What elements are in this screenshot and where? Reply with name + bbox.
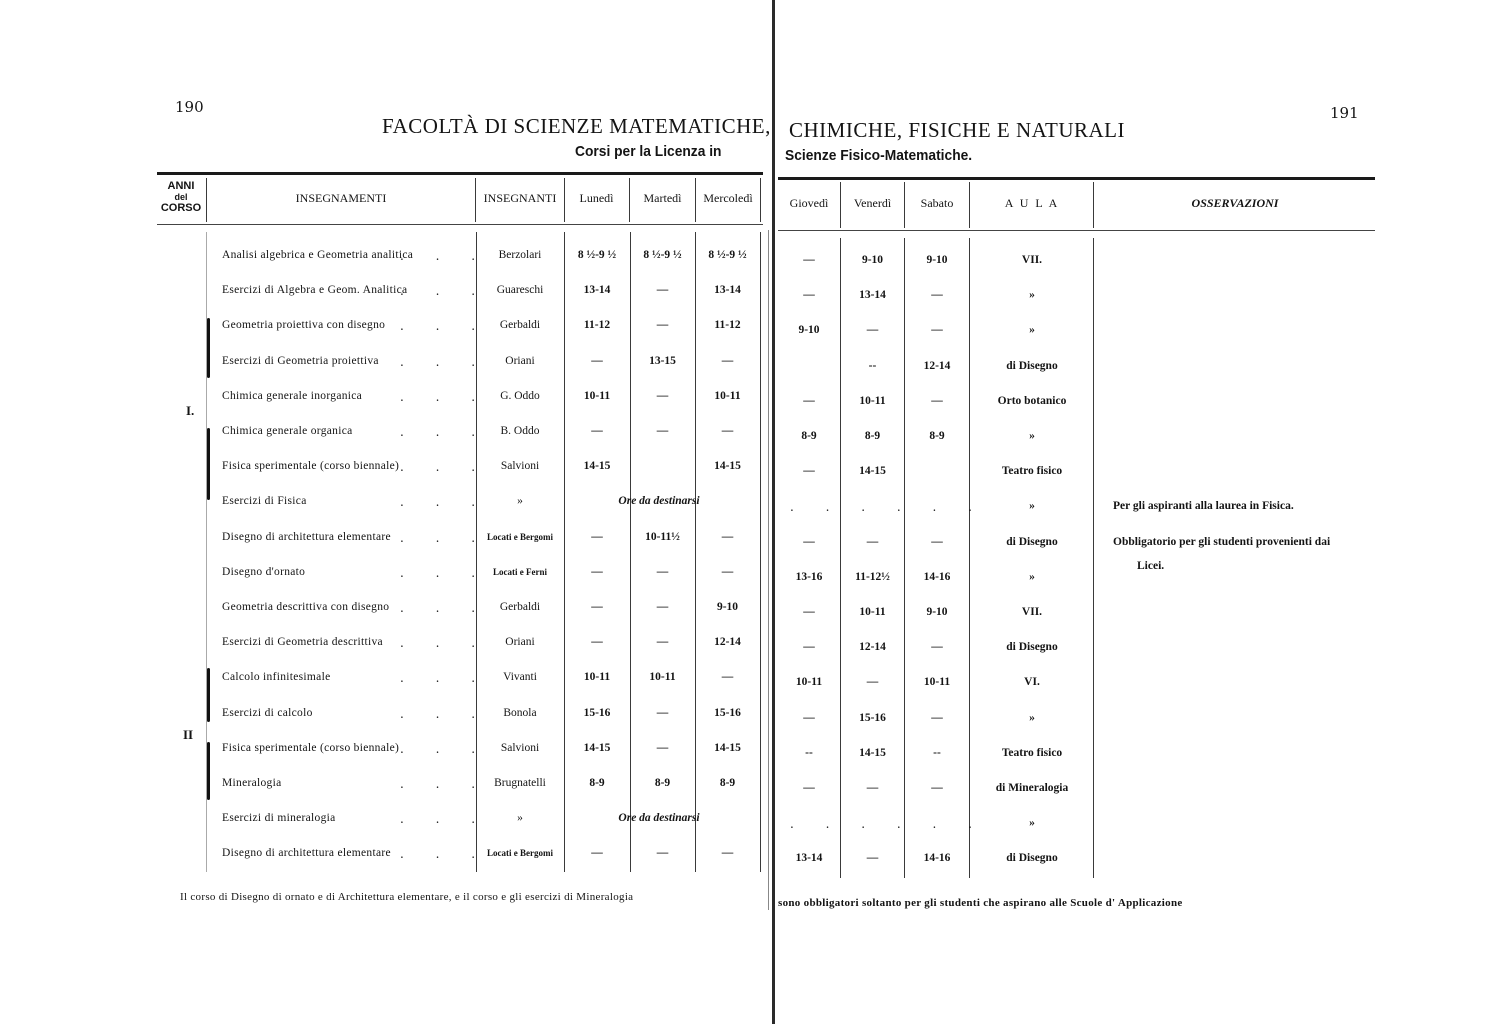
teacher-name: G. Oddo xyxy=(476,390,564,402)
subject-name: Esercizi di Geometria proiettiva xyxy=(222,355,379,367)
header-mercoledi: Mercoledì xyxy=(696,191,760,206)
aula-cell: di Disegno xyxy=(970,641,1094,653)
header-giovedi: Giovedì xyxy=(778,196,840,211)
hours-cell-sab: 9-10 xyxy=(905,606,969,618)
teacher-name: Brugnatelli xyxy=(476,777,564,789)
subject-name: Mineralogia xyxy=(222,777,282,789)
header-martedi: Martedì xyxy=(630,191,695,206)
hours-cell-gio: — xyxy=(778,606,840,618)
subject-name: Geometria proiettiva con disegno xyxy=(222,319,385,331)
hours-to-be-determined: Ore da destinarsi xyxy=(564,495,754,507)
hours-cell-lun: 10-11 xyxy=(564,671,630,683)
hours-cell-ven: — xyxy=(841,536,904,548)
page-title-left: FACOLTÀ DI SCIENZE MATEMATICHE, xyxy=(382,114,771,139)
subject-name: Disegno d'ornato xyxy=(222,566,305,578)
teacher-name: Vivanti xyxy=(476,671,564,683)
hours-cell-lun: — xyxy=(564,601,630,613)
hours-cell-ven: 8-9 xyxy=(841,430,904,442)
hours-cell-gio: — xyxy=(778,395,840,407)
aula-cell: » xyxy=(970,571,1094,583)
subject-name: Fisica sperimentale (corso biennale) xyxy=(222,742,399,754)
hours-cell-mer: 8 ½-9 ½ xyxy=(695,249,760,261)
footnote-left: Il corso di Disegno di ornato e di Archi… xyxy=(180,891,633,903)
hours-cell-mar: 10-11 xyxy=(630,671,695,683)
hours-cell-mar: — xyxy=(630,319,695,331)
hours-cell-lun: — xyxy=(564,355,630,367)
hours-cell-mar: 8 ½-9 ½ xyxy=(630,249,695,261)
hours-cell-mer: 10-11 xyxy=(695,390,760,402)
aula-cell: » xyxy=(970,817,1094,829)
subject-name: Esercizi di Algebra e Geom. Analitica xyxy=(222,284,407,296)
hours-cell-ven: 10-11 xyxy=(841,395,904,407)
hours-cell-ven: 13-14 xyxy=(841,289,904,301)
hours-cell-ven: 10-11 xyxy=(841,606,904,618)
header-rule-top-left xyxy=(157,172,763,175)
subtitle-right: Scienze Fisico-Matematiche. xyxy=(785,147,972,164)
hours-cell-gio: — xyxy=(778,289,840,301)
hours-cell-mer: — xyxy=(695,566,760,578)
col-divider xyxy=(969,182,970,228)
header-aula: A U L A xyxy=(970,196,1094,211)
hours-cell-mer: 14-15 xyxy=(695,460,760,472)
hours-cell-ven: — xyxy=(841,324,904,336)
subject-name: Calcolo infinitesimale xyxy=(222,671,330,683)
hours-cell-mar: — xyxy=(630,742,695,754)
header-insegnamenti: INSEGNAMENTI xyxy=(207,191,475,206)
hours-cell-gio: — xyxy=(778,536,840,548)
year-label-1: I. xyxy=(186,403,194,419)
hours-cell-gio: -- xyxy=(778,747,840,759)
subject-name: Chimica generale organica xyxy=(222,425,353,437)
hours-cell-lun: 8-9 xyxy=(564,777,630,789)
subject-name: Fisica sperimentale (corso biennale) xyxy=(222,460,399,472)
header-lunedi: Lunedì xyxy=(564,191,629,206)
hours-cell-lun: 13-14 xyxy=(564,284,630,296)
year-brace xyxy=(207,668,210,722)
col-divider xyxy=(840,182,841,228)
col-divider xyxy=(206,178,207,222)
hours-cell-sab: — xyxy=(905,324,969,336)
hours-cell-mer: — xyxy=(695,425,760,437)
hours-cell-gio: — xyxy=(778,254,840,266)
aula-cell: » xyxy=(970,712,1094,724)
aula-cell: Orto botanico xyxy=(970,395,1094,407)
header-venerdi: Venerdì xyxy=(841,196,904,211)
hours-cell-sab: 14-16 xyxy=(905,852,969,864)
year-brace xyxy=(207,428,210,500)
hours-cell-lun: — xyxy=(564,425,630,437)
hours-cell-gio: 13-16 xyxy=(778,571,840,583)
hours-cell-mar: — xyxy=(630,636,695,648)
subject-name: Chimica generale inorganica xyxy=(222,390,362,402)
teacher-name: » xyxy=(476,812,564,824)
hours-cell-ven: 14-15 xyxy=(841,465,904,477)
hours-cell-mer: 14-15 xyxy=(695,742,760,754)
hours-cell-gio: — xyxy=(778,641,840,653)
hours-cell-mar: — xyxy=(630,566,695,578)
hours-cell-gio: — xyxy=(778,465,840,477)
col-divider xyxy=(1093,182,1094,228)
aula-cell: Teatro fisico xyxy=(970,747,1094,759)
hours-cell-gio: 13-14 xyxy=(778,852,840,864)
hours-cell-ven: — xyxy=(841,782,904,794)
aula-cell: » xyxy=(970,500,1094,512)
hours-cell-lun: 11-12 xyxy=(564,319,630,331)
teacher-name: » xyxy=(476,495,564,507)
aula-cell: VII. xyxy=(970,606,1094,618)
subject-name: Esercizi di calcolo xyxy=(222,707,313,719)
page-number-right: 191 xyxy=(1330,104,1359,122)
hours-cell-sab: 14-16 xyxy=(905,571,969,583)
year-brace xyxy=(207,318,210,378)
subject-name: Disegno di architettura elementare xyxy=(222,531,391,543)
hours-cell-ven: — xyxy=(841,852,904,864)
subject-name: Disegno di architettura elementare xyxy=(222,847,391,859)
hours-to-be-determined: Ore da destinarsi xyxy=(564,812,754,824)
hours-cell-lun: 14-15 xyxy=(564,460,630,472)
hours-cell-mer: — xyxy=(695,847,760,859)
teacher-name: Guareschi xyxy=(476,284,564,296)
hours-cell-sab: 8-9 xyxy=(905,430,969,442)
teacher-name: Oriani xyxy=(476,636,564,648)
hours-cell-sab: — xyxy=(905,782,969,794)
hours-cell-sab: — xyxy=(905,289,969,301)
teacher-name: Locati e Bergomi xyxy=(476,532,564,542)
hours-cell-mer: — xyxy=(695,355,760,367)
aula-cell: VII. xyxy=(970,254,1094,266)
col-divider xyxy=(629,178,630,222)
page-number-left: 190 xyxy=(175,98,204,116)
aula-cell: di Mineralogia xyxy=(970,782,1094,794)
subject-name: Geometria descrittiva con disegno xyxy=(222,601,389,613)
teacher-name: B. Oddo xyxy=(476,425,564,437)
hours-cell-mer: 8-9 xyxy=(695,777,760,789)
hours-cell-sab: — xyxy=(905,641,969,653)
hours-cell-mar: — xyxy=(630,707,695,719)
hours-cell-mer: 12-14 xyxy=(695,636,760,648)
leader-dots: . . . . . . xyxy=(790,500,986,514)
teacher-name: Oriani xyxy=(476,355,564,367)
hours-cell-sab: 12-14 xyxy=(905,360,969,372)
subtitle-left: Corsi per la Licenza in xyxy=(575,143,721,160)
subject-name: Esercizi di Geometria descrittiva xyxy=(222,636,383,648)
aula-cell: » xyxy=(970,430,1094,442)
teacher-name: Bonola xyxy=(476,707,564,719)
aula-cell: VI. xyxy=(970,676,1094,688)
teacher-name: Salvioni xyxy=(476,742,564,754)
hours-cell-gio: 8-9 xyxy=(778,430,840,442)
page-title-right: CHIMICHE, FISICHE E NATURALI xyxy=(789,118,1125,143)
observation-note: Per gli aspiranti alla laurea in Fisica. xyxy=(1113,500,1294,512)
hours-cell-ven: 9-10 xyxy=(841,254,904,266)
hours-cell-ven: 15-16 xyxy=(841,712,904,724)
teacher-name: Gerbaldi xyxy=(476,601,564,613)
leader-dots: . . . . . . xyxy=(790,817,986,831)
teacher-name: Gerbaldi xyxy=(476,319,564,331)
teacher-name: Locati e Ferni xyxy=(476,567,564,577)
hours-cell-sab: — xyxy=(905,395,969,407)
hours-cell-mar: — xyxy=(630,601,695,613)
footnote-right: sono obbligatori soltanto per gli studen… xyxy=(778,897,1183,909)
hours-cell-sab: — xyxy=(905,536,969,548)
header-rule-top-right xyxy=(778,177,1375,180)
observation-note: Obbligatorio per gli studenti provenient… xyxy=(1113,536,1330,548)
hours-cell-mer: 11-12 xyxy=(695,319,760,331)
col-divider xyxy=(564,178,565,222)
col-divider xyxy=(760,232,761,872)
hours-cell-ven: 12-14 xyxy=(841,641,904,653)
hours-cell-mar: 13-15 xyxy=(630,355,695,367)
teacher-name: Salvioni xyxy=(476,460,564,472)
teacher-name: Berzolari xyxy=(476,249,564,261)
hours-cell-ven: -- xyxy=(841,360,904,372)
hours-cell-mar: — xyxy=(630,425,695,437)
gutter-shadow-line xyxy=(768,230,769,910)
hours-cell-mar: — xyxy=(630,284,695,296)
hours-cell-ven: 11-12½ xyxy=(841,571,904,583)
hours-cell-sab: — xyxy=(905,712,969,724)
hours-cell-lun: 8 ½-9 ½ xyxy=(564,249,630,261)
hours-cell-lun: 10-11 xyxy=(564,390,630,402)
header-rule-bottom-left xyxy=(157,224,763,225)
col-divider xyxy=(904,182,905,228)
header-osservazioni: OSSERVAZIONI xyxy=(1094,196,1376,211)
subject-name: Esercizi di mineralogia xyxy=(222,812,336,824)
aula-cell: Teatro fisico xyxy=(970,465,1094,477)
col-divider xyxy=(695,178,696,222)
year-brace xyxy=(207,742,210,800)
hours-cell-mer: — xyxy=(695,671,760,683)
hours-cell-gio: 10-11 xyxy=(778,676,840,688)
hours-cell-lun: — xyxy=(564,566,630,578)
hours-cell-lun: 15-16 xyxy=(564,707,630,719)
hours-cell-sab: 10-11 xyxy=(905,676,969,688)
aula-cell: di Disegno xyxy=(970,852,1094,864)
subject-name: Esercizi di Fisica xyxy=(222,495,307,507)
hours-cell-lun: — xyxy=(564,636,630,648)
header-rule-bottom-right xyxy=(778,230,1375,231)
hours-cell-sab: -- xyxy=(905,747,969,759)
hours-cell-mar: 10-11½ xyxy=(630,531,695,543)
col-divider xyxy=(475,178,476,222)
hours-cell-gio: — xyxy=(778,782,840,794)
hours-cell-lun: — xyxy=(564,847,630,859)
hours-cell-ven: — xyxy=(841,676,904,688)
year-label-2: II xyxy=(183,727,193,743)
hours-cell-gio: 9-10 xyxy=(778,324,840,336)
observation-note-cont: Licei. xyxy=(1137,560,1164,572)
hours-cell-mer: 9-10 xyxy=(695,601,760,613)
aula-cell: » xyxy=(970,289,1094,301)
hours-cell-mar: — xyxy=(630,390,695,402)
hours-cell-mar: 8-9 xyxy=(630,777,695,789)
hours-cell-sab: 9-10 xyxy=(905,254,969,266)
hours-cell-gio: — xyxy=(778,712,840,724)
hours-cell-lun: 14-15 xyxy=(564,742,630,754)
aula-cell: di Disegno xyxy=(970,536,1094,548)
hours-cell-mer: 13-14 xyxy=(695,284,760,296)
subject-name: Analisi algebrica e Geometria analitica xyxy=(222,249,413,261)
hours-cell-ven: 14-15 xyxy=(841,747,904,759)
header-insegnanti: INSEGNANTI xyxy=(476,191,564,206)
hours-cell-mar: — xyxy=(630,847,695,859)
aula-cell: » xyxy=(970,324,1094,336)
header-anni: ANNI del CORSO xyxy=(157,181,205,214)
col-divider xyxy=(760,178,761,222)
hours-cell-lun: — xyxy=(564,531,630,543)
hours-cell-mer: 15-16 xyxy=(695,707,760,719)
aula-cell: di Disegno xyxy=(970,360,1094,372)
header-sabato: Sabato xyxy=(905,196,969,211)
book-gutter xyxy=(772,0,775,1024)
teacher-name: Locati e Bergomi xyxy=(476,848,564,858)
hours-cell-mer: — xyxy=(695,531,760,543)
